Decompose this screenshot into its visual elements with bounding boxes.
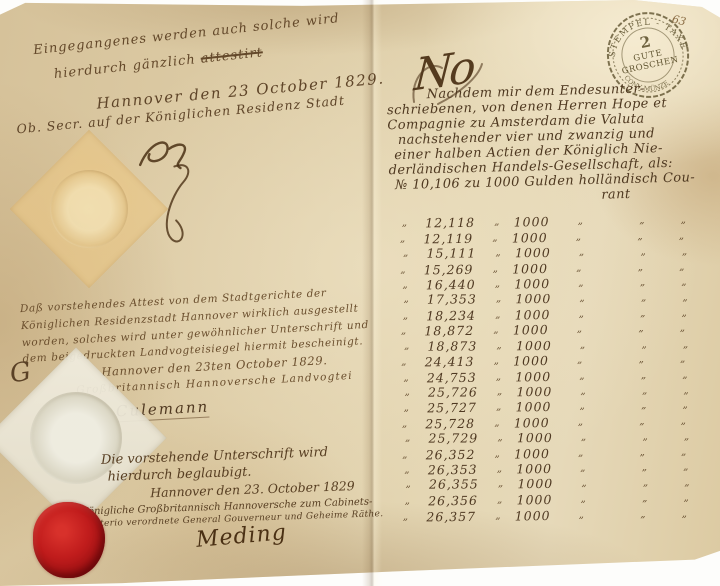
ditto-mark: „: [606, 277, 680, 289]
ditto-mark: „: [607, 293, 681, 304]
ditto-mark: „: [681, 400, 719, 411]
ditto-mark: „: [605, 416, 679, 428]
share-value: 1000: [509, 369, 557, 384]
share-table: „12,118„1000„„„„12,119„1000„„„„15,111„10…: [394, 212, 719, 524]
share-value: 1000: [510, 338, 558, 353]
ditto-mark: „: [559, 432, 609, 443]
ditto-mark: „: [558, 494, 608, 506]
ditto-mark: „: [605, 215, 679, 227]
share-number: 24,413: [414, 354, 486, 370]
ditto-mark: „: [395, 418, 415, 429]
declaration-paragraph: Nachdem mir dem Endesunter- schriebenen,…: [386, 80, 715, 208]
ditto-mark: „: [486, 278, 508, 289]
share-number: 26,356: [417, 493, 489, 509]
ditto-mark: „: [607, 400, 681, 412]
red-wax-seal: [33, 502, 105, 578]
ditto-mark: „: [680, 293, 718, 304]
ditto-mark: „: [556, 308, 606, 320]
ditto-mark: „: [679, 276, 717, 287]
ditto-mark: „: [489, 433, 511, 444]
ditto-mark: „: [608, 462, 682, 474]
share-number: 16,440: [415, 277, 487, 293]
table-row: „26,355„1000„„„: [398, 476, 720, 493]
ditto-mark: „: [606, 447, 680, 459]
ditto-mark: „: [398, 479, 418, 490]
ditto-mark: „: [554, 231, 604, 243]
share-number: 24,753: [416, 369, 488, 385]
ditto-mark: „: [393, 264, 413, 275]
ditto-mark: „: [682, 478, 720, 489]
ditto-mark: „: [607, 369, 681, 381]
ditto-mark: „: [395, 310, 415, 321]
ditto-mark: „: [396, 294, 416, 305]
share-number: 18,873: [417, 338, 489, 353]
ditto-mark: „: [397, 340, 417, 351]
ditto-mark: „: [558, 463, 608, 475]
ditto-mark: „: [395, 511, 415, 522]
table-row: „18,872„1000„„„: [394, 320, 716, 339]
share-number: 17,353: [416, 292, 488, 307]
struck-word: attestirt: [200, 45, 264, 66]
ditto-mark: „: [397, 387, 417, 398]
share-value: 1000: [506, 230, 554, 245]
ditto-mark: „: [489, 386, 511, 397]
share-value: 1000: [510, 461, 558, 476]
share-number: 26,355: [418, 477, 490, 492]
stamp-value: 2: [638, 32, 652, 52]
ditto-mark: „: [678, 323, 716, 334]
share-value: 1000: [509, 508, 557, 523]
ditto-mark: „: [487, 247, 509, 258]
paraph-initial: G: [8, 357, 33, 390]
ditto-mark: „: [393, 233, 413, 244]
ditto-mark: „: [606, 308, 680, 320]
ditto-mark: „: [559, 478, 609, 489]
ditto-mark: „: [682, 431, 720, 442]
share-value: 1000: [510, 384, 558, 399]
share-value: 1000: [509, 245, 557, 260]
ditto-mark: „: [487, 510, 509, 521]
ditto-mark: „: [397, 465, 417, 476]
ditto-mark: „: [395, 279, 415, 290]
ditto-mark: „: [677, 261, 715, 272]
ditto-mark: „: [681, 385, 719, 396]
ditto-mark: „: [394, 326, 414, 337]
share-value: 1000: [508, 276, 556, 291]
ditto-mark: „: [556, 509, 606, 521]
share-value: 1000: [508, 415, 556, 430]
ditto-mark: „: [488, 464, 510, 475]
ditto-mark: „: [396, 248, 416, 259]
ditto-mark: „: [395, 449, 415, 460]
ditto-mark: „: [555, 416, 605, 428]
share-value: 1000: [511, 477, 559, 492]
ditto-mark: „: [678, 353, 716, 364]
ditto-mark: „: [608, 385, 682, 396]
share-value: 1000: [507, 353, 555, 368]
ditto-mark: „: [604, 261, 678, 273]
ditto-mark: „: [484, 263, 506, 274]
ditto-mark: „: [555, 216, 605, 228]
ditto-mark: „: [681, 339, 719, 350]
ditto-mark: „: [394, 357, 414, 368]
ditto-mark: „: [555, 355, 605, 367]
ditto-mark: „: [485, 325, 507, 336]
share-number: 15,269: [413, 261, 485, 277]
ditto-mark: „: [557, 370, 607, 382]
share-value: 1000: [509, 307, 557, 322]
share-number: 26,357: [415, 508, 487, 524]
ditto-mark: „: [557, 401, 607, 413]
ditto-mark: „: [677, 230, 715, 241]
ditto-mark: „: [486, 417, 508, 428]
ditto-mark: „: [680, 246, 718, 257]
share-value: 1000: [508, 446, 556, 461]
ditto-mark: „: [557, 293, 607, 304]
ditto-mark: „: [484, 232, 506, 243]
ditto-mark: „: [680, 508, 718, 519]
ditto-mark: „: [556, 447, 606, 459]
share-value: 1000: [510, 291, 558, 306]
ditto-mark: „: [608, 432, 682, 443]
ditto-mark: „: [489, 495, 511, 506]
ditto-mark: „: [680, 307, 718, 318]
ditto-mark: „: [679, 446, 717, 457]
share-number: 25,726: [417, 384, 489, 399]
share-number: 15,111: [416, 245, 488, 260]
ditto-mark: „: [394, 218, 414, 229]
share-number: 25,729: [418, 431, 490, 446]
seal-embossing: [34, 154, 144, 264]
share-value: 1000: [511, 492, 559, 507]
share-number: 12,119: [412, 230, 484, 246]
ditto-mark: „: [490, 479, 512, 490]
ditto-mark: „: [605, 354, 679, 366]
ditto-mark: „: [606, 508, 680, 520]
share-number: 25,727: [416, 400, 488, 416]
ditto-mark: „: [486, 217, 508, 228]
share-number: 12,118: [414, 215, 486, 231]
ditto-mark: „: [554, 262, 604, 274]
ditto-mark: „: [396, 372, 416, 383]
share-value: 1000: [511, 430, 559, 445]
share-value: 1000: [507, 322, 555, 337]
ditto-mark: „: [558, 386, 608, 397]
ditto-mark: „: [607, 339, 681, 350]
legalization-block: Die vorstehende Unterschrift wird hierdu…: [101, 442, 384, 530]
ditto-mark: „: [488, 340, 510, 351]
ditto-mark: „: [682, 492, 720, 503]
ditto-mark: „: [608, 493, 682, 505]
ditto-mark: „: [488, 294, 510, 305]
ditto-mark: „: [557, 247, 607, 258]
ditto-mark: „: [398, 433, 418, 444]
ditto-mark: „: [679, 415, 717, 426]
ditto-mark: „: [396, 403, 416, 414]
ditto-mark: „: [680, 369, 718, 380]
share-number: 26,353: [417, 462, 489, 478]
ditto-mark: „: [558, 339, 608, 350]
ditto-mark: „: [487, 309, 509, 320]
document-scan: Eingegangenes werden auch solche wird hi…: [0, 0, 720, 586]
ditto-mark: „: [488, 402, 510, 413]
ditto-mark: „: [609, 478, 683, 489]
table-row: „25,726„1000„„„: [397, 383, 719, 400]
share-number: 25,728: [414, 416, 486, 432]
ditto-mark: „: [604, 323, 678, 335]
share-value: 1000: [506, 261, 554, 276]
table-row: „17,353„1000„„„: [396, 290, 718, 307]
ditto-mark: „: [486, 448, 508, 459]
share-number: 18,234: [415, 308, 487, 324]
ditto-mark: „: [603, 230, 677, 242]
share-value: 1000: [508, 214, 556, 229]
ditto-mark: „: [555, 324, 605, 336]
ditto-mark: „: [485, 356, 507, 367]
share-value: 1000: [510, 399, 558, 414]
ditto-mark: „: [556, 277, 606, 289]
ditto-mark: „: [606, 246, 680, 257]
ditto-mark: „: [679, 215, 717, 226]
share-number: 26,352: [415, 447, 487, 463]
share-number: 18,872: [413, 323, 485, 339]
ditto-mark: „: [487, 371, 509, 382]
ditto-mark: „: [681, 462, 719, 473]
ditto-mark: „: [397, 496, 417, 507]
